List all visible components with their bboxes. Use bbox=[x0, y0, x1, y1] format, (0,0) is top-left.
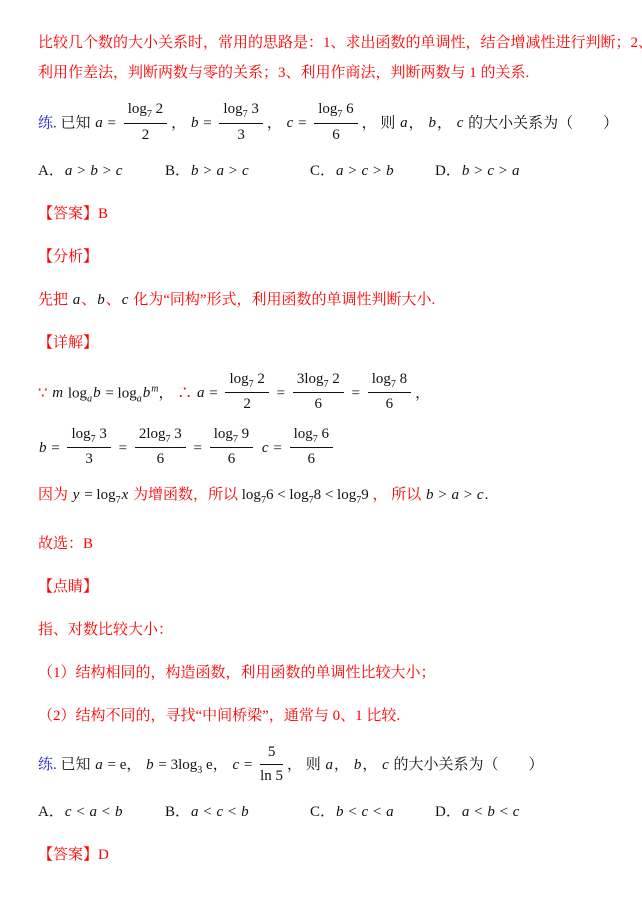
text-run: log bbox=[214, 426, 233, 442]
text-run: C． bbox=[310, 163, 335, 179]
fraction-denominator: 6 bbox=[210, 448, 253, 469]
text-run: = e， bbox=[104, 757, 145, 773]
text-run: ， bbox=[171, 115, 190, 131]
fraction-denominator: 6 bbox=[293, 393, 344, 414]
text-run: 6 bbox=[315, 396, 323, 412]
fraction-denominator: 3 bbox=[67, 448, 110, 469]
text-run: 6 bbox=[332, 127, 340, 143]
text-run: > bbox=[345, 163, 361, 179]
fraction-numerator: log7 8 bbox=[368, 369, 411, 394]
text-run: log bbox=[242, 487, 261, 503]
text-run: < bbox=[496, 804, 512, 820]
math-variable: a bbox=[400, 115, 408, 131]
text-run: = bbox=[104, 115, 120, 131]
math-variable: b bbox=[39, 440, 47, 456]
text-run: 2 bbox=[243, 396, 251, 412]
problem-1-options-D: D．b > c > a bbox=[435, 156, 520, 186]
text-run: 9 bbox=[238, 426, 249, 442]
text-run: 6 bbox=[318, 426, 329, 442]
text-run: 【答案】D bbox=[38, 847, 109, 863]
math-variable: c bbox=[513, 804, 520, 820]
fraction-numerator: log7 6 bbox=[314, 99, 357, 124]
fraction-denominator: 6 bbox=[290, 448, 333, 469]
text-run: 【详解】 bbox=[38, 335, 98, 351]
text-run: > bbox=[495, 163, 511, 179]
text-run: 6 < log bbox=[266, 487, 309, 503]
fraction: log7 96 bbox=[210, 424, 253, 470]
text-run: ， bbox=[334, 757, 353, 773]
text-run: 【点睛】 bbox=[38, 579, 98, 595]
text-run: （2）结构不同的，寻找“中间桥梁”，通常与 0、1 比较. bbox=[38, 708, 400, 724]
text-run: ， bbox=[158, 385, 177, 401]
math-variable: a bbox=[95, 757, 103, 773]
intro-line-1: 比较几个数的大小关系时，常用的思路是：1、求出函数的单调性，结合增减性进行判断；… bbox=[38, 28, 608, 58]
text-run: log bbox=[229, 371, 248, 387]
math-variable: m bbox=[52, 385, 63, 401]
math-variable: a bbox=[89, 804, 97, 820]
math-variable: a bbox=[512, 163, 520, 179]
math-variable: b bbox=[143, 385, 151, 401]
math-variable: b bbox=[462, 163, 470, 179]
text-run: = bbox=[115, 440, 131, 456]
text-run: B． bbox=[165, 804, 190, 820]
text-run: = bbox=[270, 440, 286, 456]
text-run: 3 bbox=[248, 101, 259, 117]
text-run: A． bbox=[38, 163, 64, 179]
text-run: log bbox=[64, 385, 87, 401]
text-run: D． bbox=[435, 804, 461, 820]
text-run: a bbox=[137, 393, 142, 404]
text-run: > bbox=[470, 163, 486, 179]
problem-1-options: A．a > b > cB．b > a > cC．a > c > bD．b > c… bbox=[38, 156, 608, 186]
tip-intro: 指、对数比较大小： bbox=[38, 615, 608, 645]
math-variable: x bbox=[122, 487, 129, 503]
text-run: 2 bbox=[152, 101, 163, 117]
text-run: ln 5 bbox=[260, 768, 283, 784]
text-run: 9 bbox=[361, 487, 372, 503]
text-run: 3log bbox=[297, 371, 324, 387]
math-variable: c bbox=[361, 163, 368, 179]
math-variable: b bbox=[115, 804, 123, 820]
fraction-denominator: 2 bbox=[225, 393, 268, 414]
fraction: 2log7 36 bbox=[135, 424, 186, 470]
problem-2-options-C: C．b < c < a bbox=[310, 797, 435, 827]
fraction-numerator: 2log7 3 bbox=[135, 424, 186, 449]
text-run: = bbox=[273, 385, 289, 401]
fraction-numerator: log7 2 bbox=[124, 99, 167, 124]
text-run: > bbox=[200, 163, 216, 179]
fraction-numerator: log7 6 bbox=[290, 424, 333, 449]
text-run: 6 bbox=[157, 451, 165, 467]
fraction: log7 22 bbox=[225, 369, 268, 415]
text-run: 2log bbox=[139, 426, 166, 442]
text-run: 比较几个数的大小关系时，常用的思路是：1、求出函数的单调性，结合增减性进行判断；… bbox=[38, 35, 642, 51]
math-variable: a bbox=[191, 804, 199, 820]
text-run: log bbox=[223, 101, 242, 117]
text-run: 3 bbox=[85, 451, 93, 467]
math-variable: b bbox=[487, 804, 495, 820]
fraction-denominator: 6 bbox=[314, 124, 357, 145]
math-variable: c bbox=[287, 115, 294, 131]
text-run: log bbox=[128, 101, 147, 117]
text-run: a bbox=[87, 393, 92, 404]
fraction-denominator: 3 bbox=[219, 124, 262, 145]
text-run: 6 bbox=[308, 451, 316, 467]
text-run: = log bbox=[80, 487, 115, 503]
math-variable: b bbox=[241, 804, 249, 820]
text-run: A． bbox=[38, 804, 64, 820]
fraction: log7 86 bbox=[368, 369, 411, 415]
text-run: . bbox=[485, 487, 489, 503]
text-run: 6 bbox=[386, 396, 394, 412]
fraction: log7 22 bbox=[124, 99, 167, 145]
tip-point-2: （2）结构不同的，寻找“中间桥梁”，通常与 0、1 比较. bbox=[38, 701, 608, 731]
text-run: 3 bbox=[237, 127, 245, 143]
text-run bbox=[257, 440, 261, 456]
problem-2-statement: 练. 已知 a = e， b = 3log3 e， c = 5ln 5， 则 a… bbox=[38, 744, 608, 788]
text-run: 【分析】 bbox=[38, 249, 98, 265]
problem-1-answer: 【答案】B bbox=[38, 199, 608, 229]
fraction: log7 66 bbox=[290, 424, 333, 470]
text-run: 练. bbox=[38, 757, 57, 773]
text-run: ， 所以 bbox=[372, 487, 425, 503]
text-run: ， bbox=[415, 385, 430, 401]
fraction: 3log7 26 bbox=[293, 369, 344, 415]
math-variable: c bbox=[361, 804, 368, 820]
math-variable: y bbox=[73, 487, 80, 503]
text-run: log bbox=[294, 426, 313, 442]
text-run: （1）结构相同的，构造函数，利用函数的单调性比较大小； bbox=[38, 665, 436, 681]
text-run: < bbox=[345, 804, 361, 820]
text-run: < bbox=[98, 804, 114, 820]
math-variable: b bbox=[90, 163, 98, 179]
text-run: 已知 bbox=[57, 115, 95, 131]
text-run: < bbox=[470, 804, 486, 820]
fraction: log7 33 bbox=[219, 99, 262, 145]
text-run: 3 bbox=[171, 426, 182, 442]
text-run: 6 bbox=[228, 451, 236, 467]
math-variable: c bbox=[122, 292, 129, 308]
fraction-numerator: log7 3 bbox=[67, 424, 110, 449]
text-run: ， 则 bbox=[362, 115, 400, 131]
math-variable: b bbox=[428, 115, 436, 131]
problem-2-options-D: D．a < b < c bbox=[435, 797, 520, 827]
math-variable: b bbox=[97, 292, 105, 308]
math-variable: a bbox=[451, 487, 459, 503]
text-run: > bbox=[225, 163, 241, 179]
math-variable: c bbox=[242, 163, 249, 179]
text-run: > bbox=[434, 487, 450, 503]
text-run: = bbox=[199, 115, 215, 131]
text-run: ∴ bbox=[177, 385, 196, 401]
answer-selection: 故选：B bbox=[38, 529, 608, 559]
text-run: 5 bbox=[268, 744, 276, 760]
fraction-denominator: 6 bbox=[368, 393, 411, 414]
text-run: 【答案】B bbox=[38, 206, 108, 222]
math-variable: c bbox=[382, 757, 389, 773]
math-variable: c bbox=[487, 163, 494, 179]
text-run: 故选：B bbox=[38, 536, 93, 552]
fraction-numerator: log7 9 bbox=[210, 424, 253, 449]
text-run: 6 bbox=[342, 101, 353, 117]
text-run: 2 bbox=[142, 127, 150, 143]
math-variable: a bbox=[65, 163, 73, 179]
math-variable: c bbox=[262, 440, 269, 456]
text-run: 8 bbox=[396, 371, 407, 387]
text-run: ， bbox=[362, 757, 381, 773]
math-variable: a bbox=[197, 385, 205, 401]
text-run: B． bbox=[165, 163, 190, 179]
problem-1-options-A: A．a > b > c bbox=[38, 156, 165, 186]
problem-2-answer: 【答案】D bbox=[38, 840, 608, 870]
text-run: 8 < log bbox=[314, 487, 357, 503]
fraction-numerator: log7 2 bbox=[225, 369, 268, 394]
math-variable: c bbox=[457, 115, 464, 131]
text-run: log bbox=[318, 101, 337, 117]
solution-step-2: b = log7 33 = 2log7 36 = log7 96 c = log… bbox=[38, 426, 608, 472]
problem-2-options: A．c < a < bB．a < c < bC．b < c < aD．a < b… bbox=[38, 797, 608, 827]
math-variable: b bbox=[191, 163, 199, 179]
math-variable: c bbox=[65, 804, 72, 820]
problem-1-options-C: C．a > c > b bbox=[310, 156, 435, 186]
text-run: 练. bbox=[38, 115, 57, 131]
math-variable: b bbox=[426, 487, 434, 503]
document-body: 比较几个数的大小关系时，常用的思路是：1、求出函数的单调性，结合增减性进行判断；… bbox=[38, 28, 608, 870]
fraction-numerator: 5 bbox=[260, 742, 283, 764]
text-run: 2 bbox=[254, 371, 265, 387]
math-variable: c bbox=[477, 487, 484, 503]
tip-heading: 【点睛】 bbox=[38, 572, 608, 602]
text-run: = bbox=[294, 115, 310, 131]
text-run: 利用作差法，判断两数与零的关系；3、利用作商法，判断两数与 1 的关系. bbox=[38, 65, 529, 81]
math-variable: a bbox=[216, 163, 224, 179]
fraction-numerator: 3log7 2 bbox=[293, 369, 344, 394]
math-variable: b bbox=[336, 804, 344, 820]
text-run: > bbox=[99, 163, 115, 179]
text-run: 的大小关系为（ ） bbox=[464, 115, 618, 131]
math-variable: a bbox=[326, 757, 334, 773]
text-run: > bbox=[460, 487, 476, 503]
document-page: 比较几个数的大小关系时，常用的思路是：1、求出函数的单调性，结合增减性进行判断；… bbox=[0, 0, 642, 870]
text-run: ， 则 bbox=[287, 757, 325, 773]
text-run: > bbox=[369, 163, 385, 179]
fraction-denominator: 6 bbox=[135, 448, 186, 469]
fraction-numerator: log7 3 bbox=[219, 99, 262, 124]
text-run: = bbox=[190, 440, 206, 456]
text-run: 的大小关系为（ ） bbox=[390, 757, 544, 773]
text-run: e， bbox=[202, 757, 231, 773]
text-run: < bbox=[224, 804, 240, 820]
text-run: log bbox=[372, 371, 391, 387]
math-variable: c bbox=[116, 163, 123, 179]
text-run: ∵ bbox=[38, 385, 51, 401]
problem-2-options-B: B．a < c < b bbox=[165, 797, 310, 827]
math-variable: c bbox=[232, 757, 239, 773]
fraction-denominator: 2 bbox=[124, 124, 167, 145]
text-run: ， bbox=[267, 115, 286, 131]
text-run: ， bbox=[409, 115, 428, 131]
math-variable: b bbox=[146, 757, 154, 773]
problem-1-statement: 练. 已知 a = log7 22， b = log7 33， c = log7… bbox=[38, 101, 608, 147]
fraction-denominator: ln 5 bbox=[260, 765, 283, 786]
text-run: 已知 bbox=[57, 757, 95, 773]
tip-point-1: （1）结构相同的，构造函数，利用函数的单调性比较大小； bbox=[38, 658, 608, 688]
solution-conclusion: 因为 y = log7x 为增函数，所以 log76 < log78 < log… bbox=[38, 480, 608, 516]
math-variable: a bbox=[462, 804, 470, 820]
math-variable: b bbox=[191, 115, 199, 131]
math-variable: b bbox=[354, 757, 362, 773]
text-run: log bbox=[71, 426, 90, 442]
math-variable: a bbox=[386, 804, 394, 820]
text-run: ， bbox=[437, 115, 456, 131]
text-run: < bbox=[73, 804, 89, 820]
text-run: 因为 bbox=[38, 487, 72, 503]
solution-heading: 【详解】 bbox=[38, 328, 608, 358]
math-variable: b bbox=[93, 385, 101, 401]
math-variable: a bbox=[336, 163, 344, 179]
text-run: 7 bbox=[116, 495, 121, 506]
analysis-heading: 【分析】 bbox=[38, 242, 608, 272]
math-variable: a bbox=[73, 292, 81, 308]
text-run: = bbox=[205, 385, 221, 401]
text-run: C． bbox=[310, 804, 335, 820]
math-variable: c bbox=[216, 804, 223, 820]
problem-1-options-B: B．b > a > c bbox=[165, 156, 310, 186]
text-run: = bbox=[348, 385, 364, 401]
text-run: = bbox=[48, 440, 64, 456]
text-run: 指、对数比较大小： bbox=[38, 622, 173, 638]
solution-step-1: ∵ m logab = logabm， ∴ a = log7 22 = 3log… bbox=[38, 371, 608, 417]
text-run: D． bbox=[435, 163, 461, 179]
fraction: log7 33 bbox=[67, 424, 110, 470]
text-run: 先把 bbox=[38, 292, 72, 308]
math-variable: a bbox=[95, 115, 103, 131]
text-run: = log bbox=[102, 385, 137, 401]
text-run: < bbox=[200, 804, 216, 820]
fraction: 5ln 5 bbox=[260, 742, 283, 786]
problem-2-options-A: A．c < a < b bbox=[38, 797, 165, 827]
text-run: = 3log bbox=[155, 757, 198, 773]
text-run: > bbox=[73, 163, 89, 179]
math-variable: b bbox=[386, 163, 394, 179]
fraction: log7 66 bbox=[314, 99, 357, 145]
text-run: 、 bbox=[81, 292, 96, 308]
analysis-text: 先把 a、b、c 化为“同构”形式，利用函数的单调性判断大小. bbox=[38, 285, 608, 315]
text-run: < bbox=[369, 804, 385, 820]
text-run: = bbox=[240, 757, 256, 773]
text-run: 为增函数，所以 bbox=[129, 487, 242, 503]
text-run: 2 bbox=[329, 371, 340, 387]
text-run: 、 bbox=[106, 292, 121, 308]
text-run: 3 bbox=[96, 426, 107, 442]
intro-line-2: 利用作差法，判断两数与零的关系；3、利用作商法，判断两数与 1 的关系. bbox=[38, 58, 608, 88]
text-run: 化为“同构”形式，利用函数的单调性判断大小. bbox=[129, 292, 435, 308]
